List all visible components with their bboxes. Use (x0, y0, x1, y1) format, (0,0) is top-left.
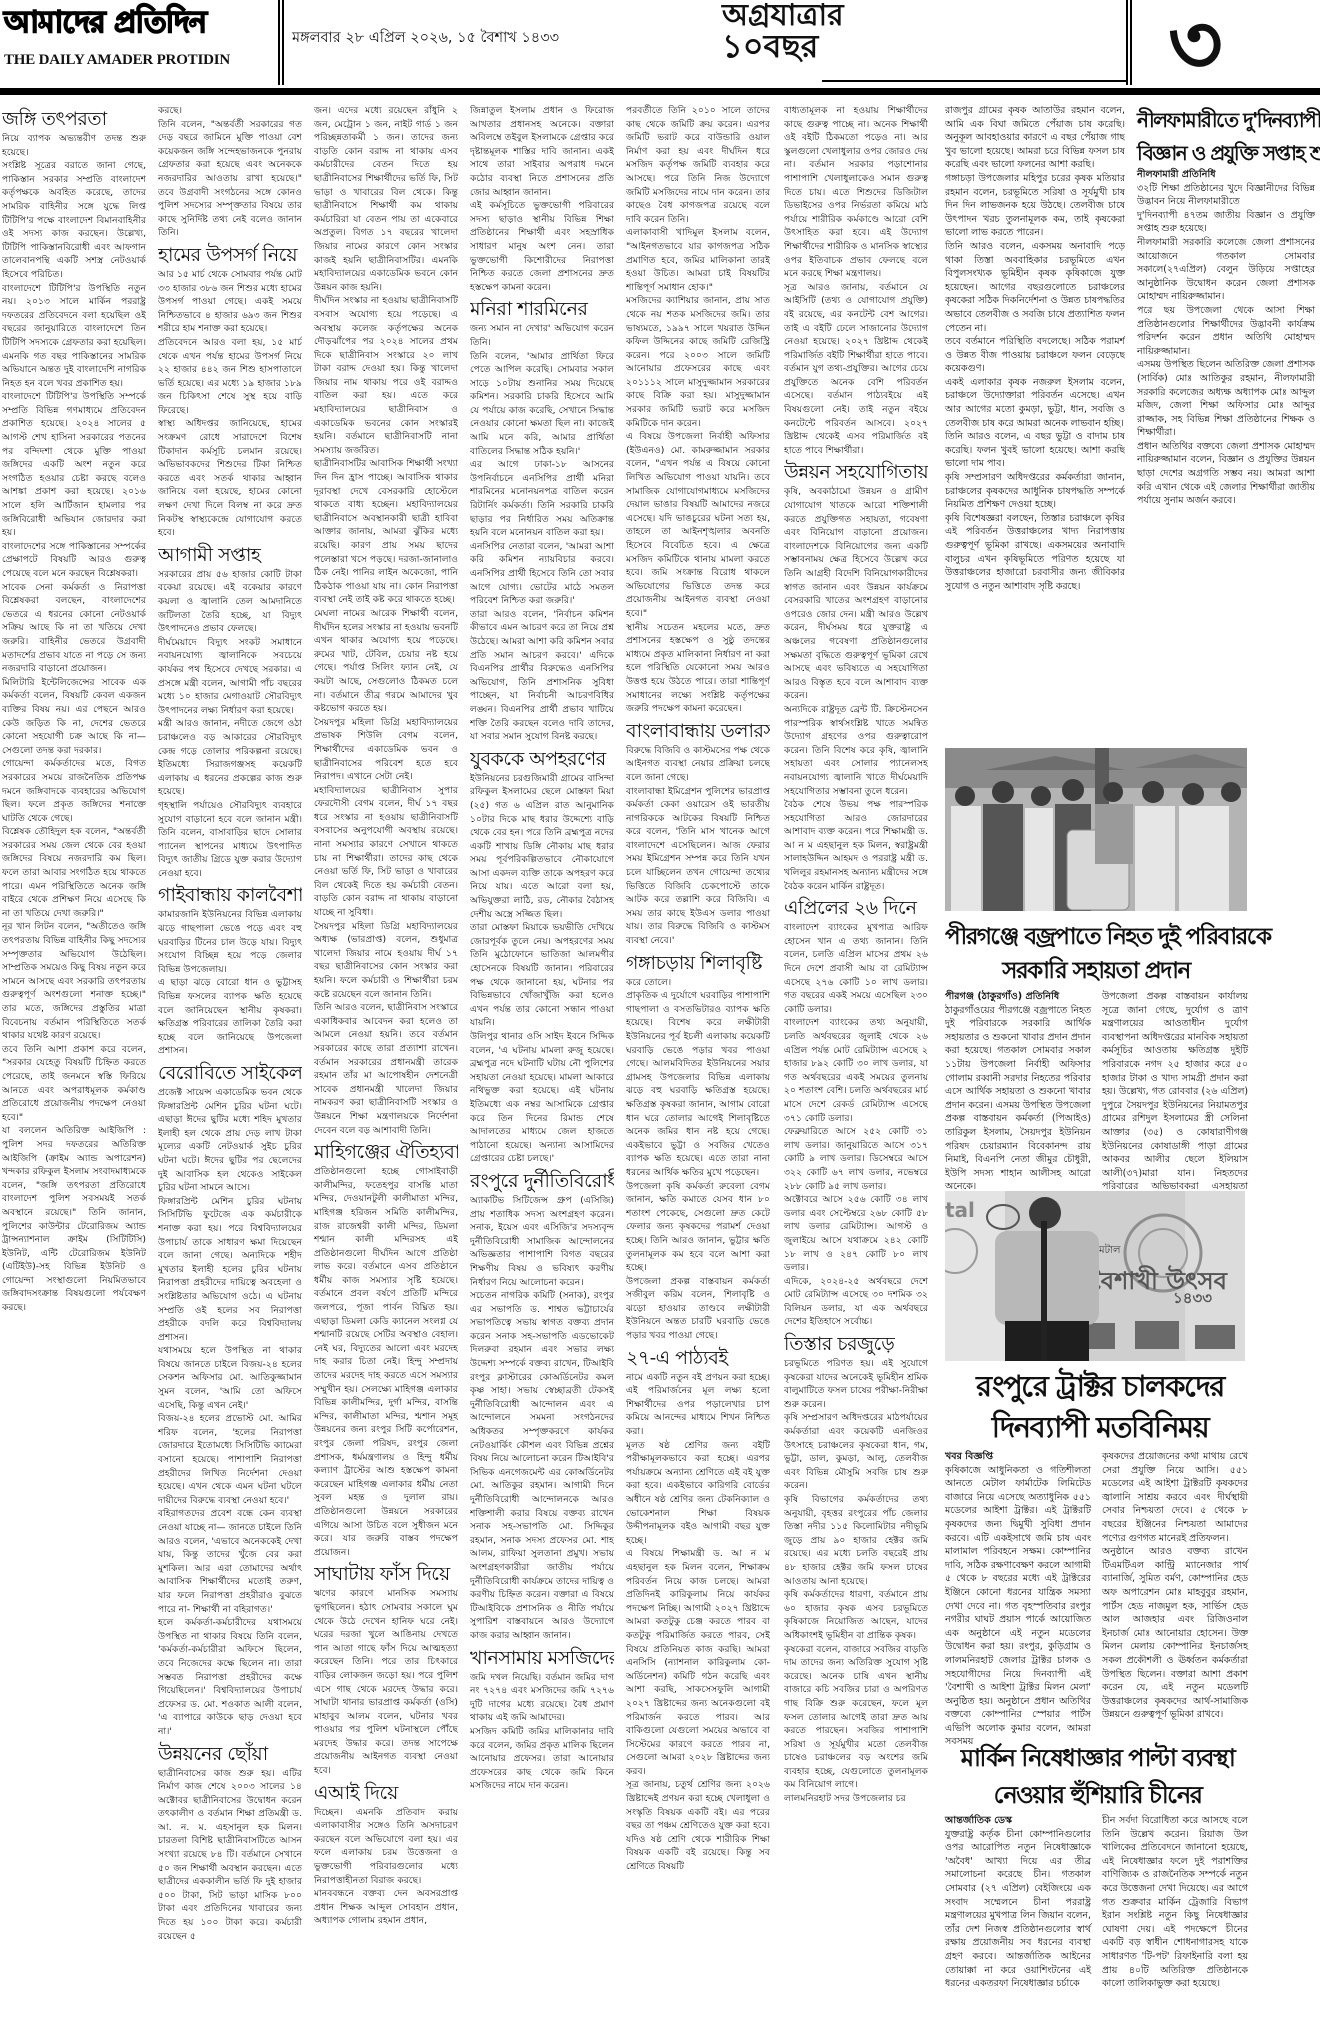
paragraph: করে তোলে। (626, 976, 770, 990)
story-body-col1: খবর বিজ্ঞপ্তি কৃষিকাজে আধুনিকতা ও গতিশীল… (945, 1450, 1091, 1749)
paragraph: এ বিষয়ে শিক্ষামন্ত্রী ড. আ ন ম এহছানুল … (626, 1547, 770, 1778)
paragraph: জন্য সমান না দেখার' অভিযোগ করেন তিনি। (470, 322, 614, 349)
headline[interactable]: পীরগঞ্জে বজ্রপাতে নিহত দুই পরিবারকে সরকা… (945, 920, 1247, 988)
paragraph: কৃষিকাজে আধুনিকতা ও গতিশীলতা আনতে মেটাল … (945, 1464, 1091, 1749)
paragraph: এর আগে ঢাকা-১৮ আসনের উপনির্বাচনে এনসিপির… (470, 458, 614, 540)
headline-line-2: দিনব্যাপী মতবিনিময় (945, 1407, 1255, 1448)
masthead: আমাদের প্রতিদিন THE DAILY AMADER PROTIDI… (0, 0, 1320, 96)
paragraph: মানববন্ধনে বক্তব্য দেন অবসরপ্রাপ্ত প্রধা… (314, 1887, 458, 1928)
paragraph: মন্ত্রী আরও জানান, নদীতে জেগে ওঠা চরাঞ্চ… (158, 717, 302, 799)
story-body-col1: আন্তর্জাতিক ডেস্ক যুক্তরাষ্ট্র কর্তৃক চী… (945, 1814, 1091, 1991)
headline[interactable]: রংপুরে ট্রাক্টর চালকদের দিনব্যাপী মতবিনি… (945, 1366, 1255, 1448)
photo-illustration: tal মেটাল বৈশাখী উৎসব ১৪৩৩ (945, 1191, 1245, 1361)
paragraph: ছাত্রীনিবাসের কাজ শুরু হয়। এটির নির্মাণ… (158, 1767, 302, 1944)
paragraph: তারা আরও বলেন, 'নির্বাচন কমিশন কীভাবে এম… (470, 608, 614, 744)
paragraph: সূত্র জানায়, চতুর্থ শ্রেণির জন্য ২০২৬ খ… (626, 1778, 770, 1873)
byline: নীলফামারী প্রতিনিধি (1137, 168, 1315, 182)
paragraph: প্রজেক্ট সায়েন্স একাডেমিক ভবন থেকে ফিঙ্… (158, 1086, 302, 1195)
paragraph: গোয়েন্দা কর্মকর্তাদের মতে, বিগত সরকারের… (2, 757, 146, 825)
paragraph: কৃষি সম্প্রসারণ অধিদপ্তরের মাঠপর্যায়ের … (784, 1411, 928, 1493)
paragraph: একই এলাকার কৃষক নজরুল ইসলাম বলেন, চরাঞ্চ… (945, 376, 1125, 430)
photo-illustration (945, 748, 1247, 911)
byline: পীরগঞ্জ (ঠাকুরগাঁও) প্রতিনিধি (945, 990, 1091, 1004)
news-column-4: জিন্নাতুল ইসলাম প্রধান ও ফিরোজ আখতার প্র… (470, 104, 614, 1972)
paragraph: আর ১৫ মার্চ থেকে সোমবার পর্যন্ত মোট ৩৩ হ… (158, 268, 302, 336)
paragraph: মূলত ষষ্ঠ শ্রেণির জন্য বইটি পরীক্ষামূলকভ… (626, 1439, 770, 1548)
header-rule (0, 88, 1320, 95)
news-column-5: পরবর্তীতে তিনি ২০১০ সালে তাদের কাছ থেকে … (626, 104, 770, 1972)
paragraph: যা বললেন অতিরিক্ত আইজিপি : পুলিশ সদর দফত… (2, 1124, 146, 1314)
svg-text:১৪৩৩: ১৪৩৩ (1173, 1289, 1212, 1307)
paragraph: বিরুদ্ধে বিজিবি ও কাস্টমসের পক্ষ থেকে আই… (626, 744, 770, 785)
section-jump-heading[interactable]: রংপুরে দুর্নীতিবিরোধী (470, 1169, 614, 1193)
headline[interactable]: নীলফামারীতে দু'দিনব্যাপী বিজ্ঞান ও প্রযু… (1137, 106, 1317, 172)
paragraph: নীলফামারী সরকারি কলেজে জেলা প্রশাসনের আয… (1137, 236, 1315, 304)
paragraph: এই কর্মসূচিতে ভুক্তভোগী পরিবারের সদস্য ছ… (470, 199, 614, 294)
headline-line-2: সরকারি সহায়তা প্রদান (945, 954, 1247, 988)
section-jump-heading[interactable]: উন্নয়নের ছোঁয়া (158, 1742, 302, 1766)
paragraph: তিনি আরও বলেন, এ বছর ভুট্টা ও বাদাম চাষ … (945, 430, 1125, 471)
paragraph: সৈয়দপুর মহিলা ডিগ্রি মহাবিদ্যালয়ের অধ্… (314, 920, 458, 1002)
paragraph: নামে একটি নতুন বই প্রণয়ন করা হচ্ছে। এই … (626, 1371, 770, 1439)
paragraph: বাংলাদেশে টিটিপি'র উপস্থিতি নতুন নয়। ২০… (2, 282, 146, 391)
paragraph: উলিপুর থানার ওসি সাইদ ইবনে সিদ্দিক বলেন,… (470, 1030, 614, 1166)
section-jump-heading[interactable]: এআই দিয়ে (314, 1781, 458, 1805)
tista-char-continuation: রাজপুর গ্রামের কৃষক আতাউর রহমান বলেন, আম… (945, 104, 1125, 704)
section-jump-heading[interactable]: বাংলাবান্ধায় ডলারসহ (626, 719, 770, 743)
news-column-6: বাধ্যতামূলক না হওয়ায় শিক্ষার্থীদের কাছ… (784, 104, 928, 1972)
paragraph: দিচ্ছেন। এমনকি প্রতিবাদ করায় এলাকাবাসীর… (314, 1806, 458, 1888)
paragraph: লালমনিরহাট সদর উপজেলার চর (784, 1792, 928, 1806)
paragraph: তারা মোস্তফা মিয়াকে ভয়ভীতি দেখিয়ে জোর… (470, 921, 614, 1030)
paragraph: মেঘলা নামের আরেক শিক্ষার্থী বলেন, দীর্ঘদ… (314, 607, 458, 716)
section-jump-heading[interactable]: হামের উপসর্গ নিয়ে (158, 243, 302, 267)
paragraph: উপজেলা প্রকল্প বাস্তবায়ন কর্মকর্তা সজীব… (626, 1275, 770, 1343)
paragraph: মহাবিদ্যালয়ের ছাত্রীনিবাস সুপার ফেরদৌসী… (314, 784, 458, 920)
header-divider (278, 0, 284, 85)
story-body-col2: কৃষকদের প্রয়োজনের কথা মাথায় রেখে সেরা … (1102, 1450, 1248, 1722)
newspaper-logo: আমাদের প্রতিদিন THE DAILY AMADER PROTIDI… (4, 4, 219, 69)
paragraph: প্রতিষ্ঠানগুলো হচ্ছে গোসাইবাড়ী কালীমন্দ… (314, 1165, 458, 1559)
paragraph: ফিঙ্গারপ্রিন্ট মেশিন চুরির ঘটনায় সিসিটি… (158, 1195, 302, 1345)
story-body-col1: পীরগঞ্জ (ঠাকুরগাঁও) প্রতিনিধি ঠাকুরগাঁওয… (945, 990, 1091, 1194)
paragraph: প্রাকৃতিক এ দুর্যোগে ঘরবাড়ির পাশাপাশি গ… (626, 989, 770, 1179)
paragraph: বৈঠক শেষে উভয় পক্ষ পারস্পরিক সহযোগিতা আ… (784, 798, 928, 893)
paragraph: কৃষি সম্প্রসারণ অধিদপ্তরের কর্মকর্তারা জ… (945, 471, 1125, 512)
paragraph: ইউনিয়নের চরগুজিমারী গ্রামের বাসিন্দা রফ… (470, 772, 614, 922)
paragraph: প্রতিবেদনে আরও বলা হয়, ১৫ মার্চ থেকে এখ… (158, 336, 302, 418)
boishakhi-utsab-speaker-photo: tal মেটাল বৈশাখী উৎসব ১৪৩৩ (945, 1191, 1245, 1361)
news-column-1: জঙ্গি তৎপরতানিয়ে ব্যাপক অভ্যন্তরীণ তদন্… (2, 104, 146, 1972)
section-jump-heading[interactable]: জঙ্গি তৎপরতা (2, 107, 146, 131)
paragraph: কৃষি বিভাগের কর্মকর্তাদের তথ্য অনুযায়ী,… (784, 1493, 928, 1588)
paragraph: যথাসময়ে হলে উপস্থিত না থাকার বিষয়ে জান… (158, 1344, 302, 1412)
paragraph: সৈয়দপুর মহিলা ডিগ্রি মহাবিদ্যালয়ের প্র… (314, 716, 458, 784)
logo-english: THE DAILY AMADER PROTIDIN (4, 52, 219, 69)
paragraph: অন্যদিকে রাষ্ট্রদূত ব্রেন্ট টি. ক্রিস্টে… (784, 703, 928, 798)
anniversary-line-2: ১০বছর (722, 31, 844, 62)
paragraph: মসজিদের ক্যাশিয়ার জানান, প্রায় সাত থেক… (626, 294, 770, 430)
logo-bengali: আমাদের প্রতিদিন (4, 4, 219, 42)
paragraph: পরে ছয় উপজেলা থেকে আসা শিক্ষা প্রতিষ্ঠা… (1137, 304, 1315, 358)
paragraph: তিনি আরও বলেন, একসময় অনাবাদি পড়ে থাকা … (945, 240, 1125, 335)
paragraph: গঙ্গাচড়া উপজেলার মহিপুর চরের কৃষক মতিয়… (945, 172, 1125, 240)
paragraph: বিজয়-২৪ হলের প্রভোস্ট মো. আমির শরিফ বলে… (158, 1412, 302, 1507)
anniversary-underline (822, 80, 1127, 82)
paragraph: তবে বর্তমানে পরিস্থিতি বদলেছে। সঠিক পরাম… (945, 335, 1125, 376)
paragraph: বাংলাদেশ ব্যাংকের তথ্য অনুযায়ী, চলতি অর… (784, 1016, 928, 1125)
paragraph: বাংলাদেশের সঙ্গে পাকিস্তানের সম্পর্কের প… (2, 540, 146, 581)
byline: আন্তর্জাতিক ডেস্ক (945, 1814, 1091, 1828)
paragraph: বাংলাবান্ধা ইমিগ্রেশন পুলিশের ভারপ্রাপ্ত… (626, 785, 770, 948)
paragraph: তবে তিনি আশা প্রকাশ করে বলেন, "সরকার যেহ… (2, 1043, 146, 1125)
paragraph: এনসিপির নেতারা বলেন, 'আমরা আশা করি কমিশন… (470, 540, 614, 608)
section-jump-heading[interactable]: খানসামায় মসজিদের (470, 1646, 614, 1670)
paragraph: কৃষি কর্মকর্তাদের ধারণা, বর্তমানে প্রায়… (784, 1588, 928, 1642)
paragraph: বাধ্যতামূলক না হওয়ায় শিক্ষার্থীদের কাছ… (784, 104, 928, 281)
paragraph: অ্যাকটিভ সিটিজেন্স গ্রুপ (এসিজি) প্রায় … (470, 1194, 614, 1289)
story-body-col2: উপজেলা প্রকল্প বাস্তবায়ন কার্যালয় সূত্… (1102, 990, 1248, 1208)
paragraph: কৃষকদের প্রয়োজনের কথা মাথায় রেখে সেরা … (1102, 1450, 1248, 1545)
svg-text:tal: tal (945, 1198, 975, 1222)
paragraph: মসজিদ কমিটি জমির মালিকানার দাবি করে বলেন… (470, 1725, 614, 1793)
paragraph: ফেব্রুয়ারিতে আসে ২৫২ কোটি ৩১ লাখ ডলার। … (784, 1125, 928, 1193)
paragraph: হলে কর্মকর্তা-কর্মচারীদের যথাসময়ে উপস্থ… (158, 1616, 302, 1738)
paragraph: রাজপুর গ্রামের কৃষক আতাউর রহমান বলেন, আম… (945, 104, 1125, 172)
paragraph: প্রধান অতিথির বক্তব্যে জেলা প্রশাসক মোহা… (1137, 440, 1315, 508)
headline-line-1: রংপুরে ট্রাক্টর চালকদের (945, 1366, 1255, 1407)
paragraph: দীর্ঘমেয়াদে বিদ্যুৎ সংকট সমাধানে নবায়ন… (158, 636, 302, 718)
paragraph: কামারজানি ইউনিয়নের বিভিন্ন এলাকায় ঝড়ে… (158, 908, 302, 976)
paragraph: অক্টোবরে আসে ২৫৬ কোটি ৩৪ লাখ ডলার এবং সে… (784, 1193, 928, 1275)
headline-line-1: পীরগঞ্জে বজ্রপাতে নিহত দুই পরিবারকে (945, 920, 1247, 954)
section-jump-heading[interactable]: বেরোবিতে সাইকেল (158, 1061, 302, 1085)
paragraph: কৃষি, অবকাঠামো উন্নয়ন ও গ্রামীণ যোগাযোগ… (784, 485, 928, 703)
paragraph: সূত্র আরও জানায়, বর্তমানে যে আইসিটি (তথ… (784, 281, 928, 458)
paragraph: উপজেলা প্রকল্প বাস্তবায়ন কার্যালয় সূত্… (1102, 990, 1248, 1208)
page-number: ৩ (1168, 2, 1223, 86)
paragraph: এদিকে, ২০২৪-২৫ অর্থবছরে দেশে মোট রেমিট্য… (784, 1275, 928, 1329)
paragraph: দীর্ঘদিন সংস্কার না হওয়ায় ছাত্রীনিবাসট… (314, 294, 458, 457)
paragraph: অনুষ্ঠানে আরও বক্তব্য রাখেন টিএমটিএল কান… (1102, 1545, 1248, 1722)
paragraph: জন। এদের মধ্যে রয়েছেন রাঁধুনি ২ জন, মেট… (314, 104, 458, 294)
paragraph: এ বিষয়ে উপজেলা নির্বাহী অফিসার (ইউএনও) … (626, 430, 770, 620)
paragraph: স্থানীয় সচেতন মহলের মতে, দ্রুত প্রশাসনে… (626, 621, 770, 716)
headline[interactable]: মার্কিন নিষেধাজ্ঞার পাল্টা ব্যবস্থা নেওয… (945, 1740, 1250, 1814)
paragraph: গৃহস্থালি পর্যায়েও সৌরবিদ্যুৎ ব্যবহারে … (158, 799, 302, 881)
headline-line-1: মার্কিন নিষেধাজ্ঞার পাল্টা ব্যবস্থা (945, 1740, 1250, 1777)
story-body-col2: চীন সর্বদা বিরোধিতা করে আসছে বলে তিনি উল… (1102, 1814, 1248, 1991)
paragraph: সরকারের প্রায় ৫৬ হাজার কোটি টাকা বকেয়া… (158, 568, 302, 636)
paragraph: স্বাস্থ্য অধিদপ্তর জানিয়েছে, হামের সংক্… (158, 417, 302, 539)
paragraph: পরবর্তীতে তিনি ২০১০ সালে তাদের কাছ থেকে … (626, 104, 770, 226)
section-jump-heading[interactable]: ২৭-এ পাঠ্যবই (626, 1346, 770, 1370)
paragraph: এলাকাবাসী খাদিমুল ইসলাম বলেন, "আইনগতভাবে… (626, 226, 770, 294)
news-column-2: করছে।তিনি বলেন, "অন্তর্বর্তী সরকারের গত … (158, 104, 302, 1972)
paragraph: করছে। (158, 104, 302, 118)
paragraph: তিনি আরও বলেন, ছাত্রীনিবাস সংস্কারে একাধ… (314, 1001, 458, 1137)
paragraph: বাংলাদেশে টিটিপি'র উপস্থিতি সম্পর্কে সম্… (2, 390, 146, 540)
paragraph: ৩২টি শিক্ষা প্রতিষ্ঠানের খুদে বিজ্ঞানীদে… (1137, 182, 1315, 209)
paragraph: বহিরাগতদের প্রবেশ বন্ধে কেন ব্যবস্থা নেও… (158, 1507, 302, 1616)
paragraph: ঠাকুরগাঁওয়ের পীরগঞ্জে বজ্রপাতে নিহত দুই… (945, 1004, 1091, 1194)
section-jump-heading[interactable]: এপ্রিলের ২৬ দিনে (784, 896, 928, 920)
paragraph: নিয়ে ব্যাপক অভ্যন্তরীণ তদন্ত শুরু হয়েছ… (2, 132, 146, 159)
page-number-divider (1126, 0, 1132, 85)
byline: খবর বিজ্ঞপ্তি (945, 1450, 1091, 1464)
paragraph: জিন্নাতুল ইসলাম প্রধান ও ফিরোজ আখতার প্র… (470, 104, 614, 199)
section-jump-heading[interactable]: আগামী সপ্তাহ (158, 543, 302, 567)
paragraph: উপজেলা কৃষি কর্মকর্তা রুবেলা বেগম জানান,… (626, 1180, 770, 1275)
relief-distribution-photo (945, 748, 1247, 911)
section-jump-heading[interactable]: মাহিগঞ্জের ঐতিহ্যবাহী (314, 1140, 458, 1164)
section-jump-heading[interactable]: সাঘাটায় ফাঁস দিয়ে (314, 1562, 458, 1586)
paragraph: ঋণের কারণে মানসিক সমস্যায় ভুগছিলেন। হঠা… (314, 1587, 458, 1777)
paragraph: এ ছাড়া ঝড়ে বোরো ধান ও ভুট্টাসহ বিভিন্ন… (158, 976, 302, 1058)
paragraph: জমি দখল নিয়েছি। বর্তমান জমির দাগ নং ৭২৭… (470, 1671, 614, 1725)
paragraph: ছাত্রীনিবাসটির আবাসিক শিক্ষার্থী সংখ্যা … (314, 457, 458, 607)
section-jump-heading[interactable]: উন্নয়ন সহযোগিতায় (784, 460, 928, 484)
issue-date: মঙ্গলবার ২৮ এপ্রিল ২০২৬, ১৫ বৈশাখ ১৪৩৩ (292, 27, 559, 51)
section-jump-heading[interactable]: যুবককে অপহরণের (470, 747, 614, 771)
paragraph: দু'দিনব্যাপী ৪৭তম জাতীয় বিজ্ঞান ও প্রযু… (1137, 209, 1315, 236)
paragraph: চরভূমিতে পরিণত হয়। এই সুযোগে কৃষকেরা যা… (784, 1357, 928, 1411)
paragraph: তিনি বলেন, "অন্তর্বর্তী সরকারের গত দেড় … (158, 118, 302, 240)
headline-line-2: নেওয়ার হুঁশিয়ারি চীনের (945, 1777, 1250, 1814)
section-jump-heading[interactable]: গাইবান্ধায় কালবৈশাখী (158, 883, 302, 907)
paragraph: সংশ্লিষ্ট সূত্রের বরাতে জানা গেছে, পাকিস… (2, 159, 146, 281)
paragraph: এসময় উপস্থিত ছিলেন অতিরিক্ত জেলা প্রশাস… (1137, 358, 1315, 440)
headline-line-1: নীলফামারীতে দু'দিনব্যাপী (1137, 106, 1317, 139)
section-jump-heading[interactable]: গঙ্গাচড়ায় শিলাবৃষ্টি (626, 951, 770, 975)
story-body: নীলফামারী প্রতিনিধি ৩২টি শিক্ষা প্রতিষ্ঠ… (1137, 168, 1315, 508)
paragraph: কৃষি বিশেষজ্ঞরা বলছেন, তিস্তার চরাঞ্চলে … (945, 512, 1125, 594)
paragraph: মিলিটারি ইন্টেলিজেন্সের সাবেক এক কর্মকর্… (2, 676, 146, 758)
paragraph: নূর খান লিটন বলেন, "অতীতেও জঙ্গি তৎপরতায… (2, 920, 146, 1042)
paragraph: বাংলাদেশ ব্যাংকের মুখপাত্র আরিফ হোসেন খা… (784, 921, 928, 1016)
section-jump-heading[interactable]: মনিরা শারমিনের (470, 297, 614, 321)
paragraph: সচেতন নাগরিক কমিটি (সনাক), রংপুর এর সভাপ… (470, 1289, 614, 1642)
paragraph: সাবেক সেনা কর্মকর্তা ও নিরাপত্তা বিশ্লেষ… (2, 581, 146, 676)
section-jump-heading[interactable]: তিস্তার চরজুড়ে (784, 1332, 928, 1356)
anniversary-badge: অগ্রযাত্রার ১০বছর (722, 0, 844, 62)
paragraph: চীন সর্বদা বিরোধিতা করে আসছে বলে তিনি উল… (1102, 1814, 1248, 1991)
news-column-3: জন। এদের মধ্যে রয়েছেন রাঁধুনি ২ জন, মেট… (314, 104, 458, 1972)
paragraph: যুক্তরাষ্ট্র কর্তৃক চীনা কোম্পানিগুলোর ও… (945, 1828, 1091, 1991)
paragraph: বিশ্লেষক তৌহিদুল হক বলেন, "অন্তর্বর্তী স… (2, 825, 146, 920)
paragraph: কৃষকেরা বলেন, বাজারে সবজির বাড়তি দাম তা… (784, 1643, 928, 1793)
paragraph: তিনি বলেন, 'আমার প্রার্থিতা ফিরে পেতে আপ… (470, 350, 614, 459)
